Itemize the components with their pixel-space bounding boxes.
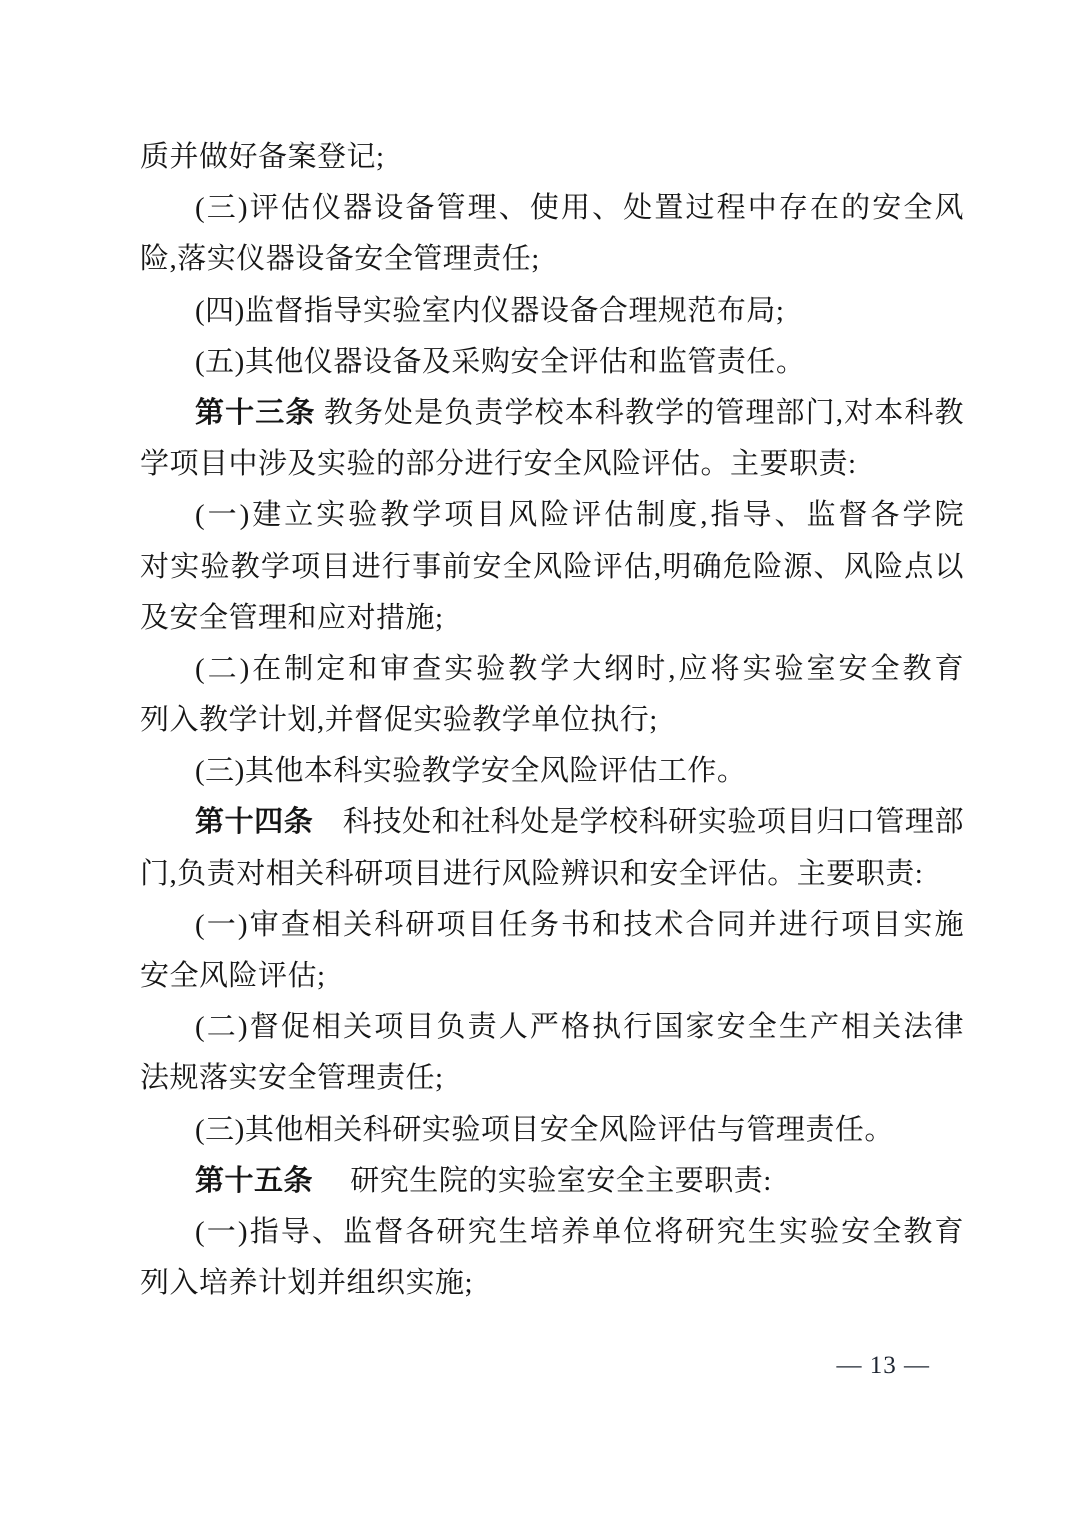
text-segment: 安全风险评估;: [140, 960, 326, 992]
text-segment: (四)监督指导实验室内仪器设备合理规范布局;: [195, 295, 784, 327]
text-line: 对实验教学项目进行事前安全风险评估,明确危险源、风险点以: [140, 542, 964, 593]
text-line: (三)其他相关科研实验项目安全风险评估与管理责任。: [140, 1105, 964, 1156]
text-segment: 研究生院的实验室安全主要职责:: [313, 1165, 772, 1197]
article-number-bold: 第十四条: [195, 806, 313, 838]
text-line: (一)建立实验教学项目风险评估制度,指导、监督各学院: [140, 490, 964, 541]
text-segment: (三)评估仪器设备管理、使用、处置过程中存在的安全风: [195, 192, 964, 224]
article-number-bold: 第十五条: [195, 1165, 313, 1197]
text-line: 列入培养计划并组织实施;: [140, 1258, 964, 1309]
text-segment: (一)审查相关科研项目任务书和技术合同并进行项目实施: [195, 909, 964, 941]
text-line: 法规落实安全管理责任;: [140, 1053, 964, 1104]
text-line: (三)其他本科实验教学安全风险评估工作。: [140, 746, 964, 797]
text-line: 及安全管理和应对措施;: [140, 593, 964, 644]
text-line: 学项目中涉及实验的部分进行安全风险评估。主要职责:: [140, 439, 964, 490]
text-segment: (二)在制定和审查实验教学大纲时,应将实验室安全教育: [195, 653, 964, 685]
document-body: 质并做好备案登记;(三)评估仪器设备管理、使用、处置过程中存在的安全风险,落实仪…: [140, 132, 964, 1309]
text-segment: (一)指导、监督各研究生培养单位将研究生实验安全教育: [195, 1216, 964, 1248]
text-segment: 险,落实仪器设备安全管理责任;: [140, 243, 540, 275]
text-segment: (二)督促相关项目负责人严格执行国家安全生产相关法律: [195, 1011, 964, 1043]
text-line: (三)评估仪器设备管理、使用、处置过程中存在的安全风: [140, 183, 964, 234]
text-segment: 质并做好备案登记;: [140, 141, 385, 173]
page-number: — 13 —: [837, 1352, 931, 1380]
text-segment: 对实验教学项目进行事前安全风险评估,明确危险源、风险点以: [140, 551, 964, 583]
text-line: 第十四条 科技处和社科处是学校科研实验项目归口管理部: [140, 797, 964, 848]
text-line: 安全风险评估;: [140, 951, 964, 1002]
text-segment: 列入教学计划,并督促实验教学单位执行;: [140, 704, 658, 736]
text-segment: 列入培养计划并组织实施;: [140, 1267, 473, 1299]
text-line: (四)监督指导实验室内仪器设备合理规范布局;: [140, 286, 964, 337]
text-line: (一)指导、监督各研究生培养单位将研究生实验安全教育: [140, 1207, 964, 1258]
text-line: 第十三条 教务处是负责学校本科教学的管理部门,对本科教: [140, 388, 964, 439]
text-segment: (三)其他本科实验教学安全风险评估工作。: [195, 755, 746, 787]
document-page: 质并做好备案登记;(三)评估仪器设备管理、使用、处置过程中存在的安全风险,落实仪…: [0, 0, 1080, 1528]
text-line: 质并做好备案登记;: [140, 132, 964, 183]
text-line: 列入教学计划,并督促实验教学单位执行;: [140, 695, 964, 746]
text-line: (二)督促相关项目负责人严格执行国家安全生产相关法律: [140, 1002, 964, 1053]
article-number-bold: 第十三条: [195, 397, 315, 429]
text-segment: (五)其他仪器设备及采购安全评估和监管责任。: [195, 346, 805, 378]
text-line: 门,负责对相关科研项目进行风险辨识和安全评估。主要职责:: [140, 849, 964, 900]
text-segment: 及安全管理和应对措施;: [140, 602, 444, 634]
text-line: 第十五条 研究生院的实验室安全主要职责:: [140, 1156, 964, 1207]
text-line: 险,落实仪器设备安全管理责任;: [140, 234, 964, 285]
text-line: (五)其他仪器设备及采购安全评估和监管责任。: [140, 337, 964, 388]
text-segment: (一)建立实验教学项目风险评估制度,指导、监督各学院: [195, 499, 964, 531]
text-segment: 科技处和社科处是学校科研实验项目归口管理部: [313, 806, 964, 838]
text-line: (二)在制定和审查实验教学大纲时,应将实验室安全教育: [140, 644, 964, 695]
text-segment: 教务处是负责学校本科教学的管理部门,对本科教: [315, 397, 964, 429]
text-segment: 门,负责对相关科研项目进行风险辨识和安全评估。主要职责:: [140, 858, 923, 890]
text-segment: 学项目中涉及实验的部分进行安全风险评估。主要职责:: [140, 448, 857, 480]
text-segment: (三)其他相关科研实验项目安全风险评估与管理责任。: [195, 1114, 894, 1146]
text-line: (一)审查相关科研项目任务书和技术合同并进行项目实施: [140, 900, 964, 951]
text-segment: 法规落实安全管理责任;: [140, 1062, 444, 1094]
